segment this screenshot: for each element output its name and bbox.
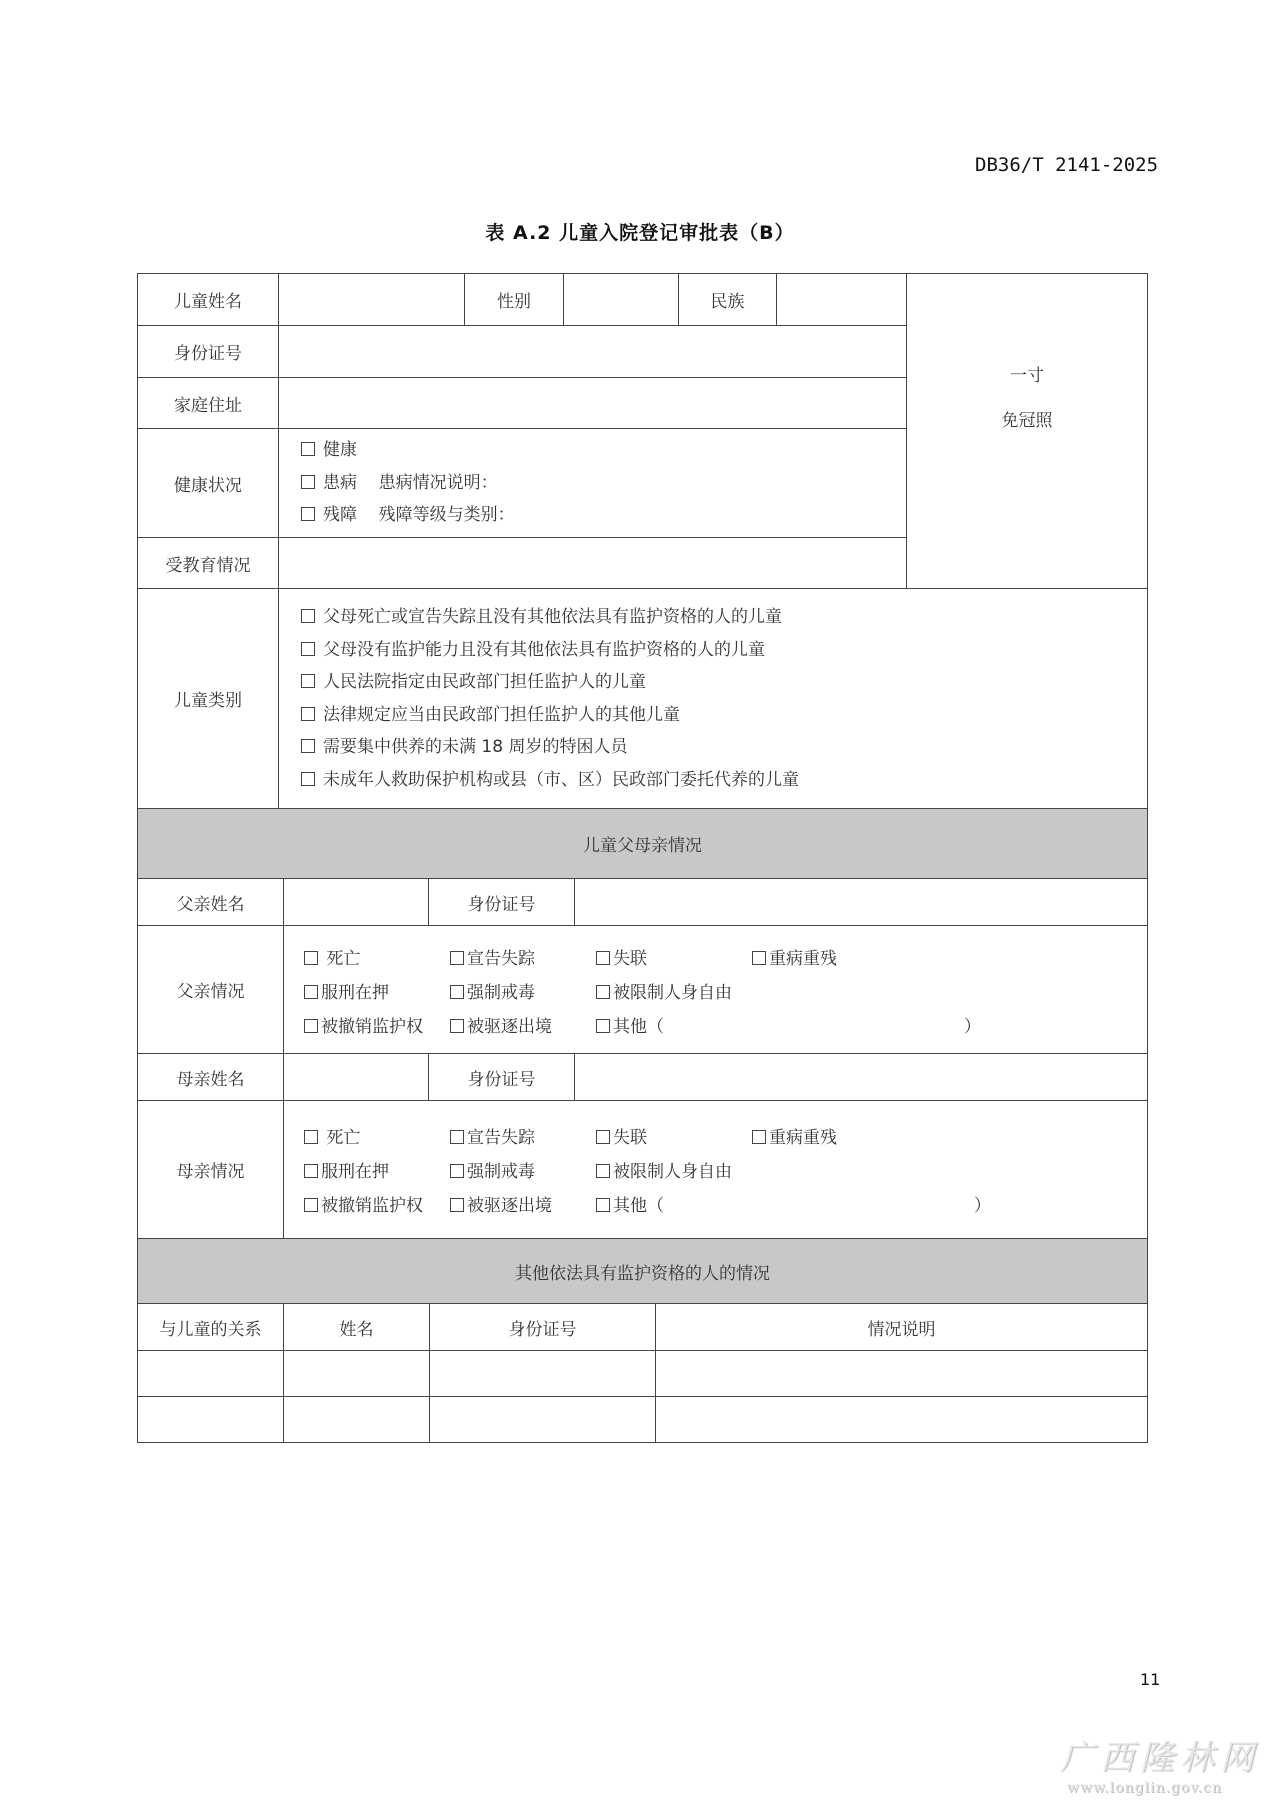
mother-other-close-paren: ） <box>974 1191 991 1216</box>
checkbox-icon[interactable] <box>304 1130 318 1144</box>
father-option-declared-missing[interactable]: 宣告失踪 <box>450 944 535 969</box>
father-id-field[interactable] <box>574 878 1148 926</box>
col-header-description: 情况说明 <box>655 1303 1148 1351</box>
health-options: 健康 患病 患病情况说明： 残障 残障等级与类别： <box>278 428 907 538</box>
checkbox-icon[interactable] <box>301 507 315 521</box>
page-number: 11 <box>1140 1670 1160 1689</box>
mother-option-deported[interactable]: 被驱逐出境 <box>450 1191 552 1216</box>
checkbox-icon[interactable] <box>304 1019 318 1033</box>
category-option[interactable]: 需要集中供养的未满 18 周岁的特困人员 <box>301 731 1147 764</box>
father-option-lost-contact[interactable]: 失联 <box>596 944 647 969</box>
checkbox-icon[interactable] <box>304 1198 318 1212</box>
guardian-id-field[interactable] <box>429 1350 656 1397</box>
col-header-relationship: 与儿童的关系 <box>137 1303 284 1351</box>
category-label: 儿童类别 <box>137 588 279 809</box>
mother-id-label: 身份证号 <box>428 1053 575 1101</box>
father-option-drug-rehab[interactable]: 强制戒毒 <box>450 978 535 1003</box>
checkbox-icon[interactable] <box>752 1130 766 1144</box>
guardian-description-field[interactable] <box>655 1350 1148 1397</box>
mother-option-custody-revoked[interactable]: 被撤销监护权 <box>304 1191 423 1216</box>
address-label: 家庭住址 <box>137 377 279 429</box>
checkbox-icon[interactable] <box>301 739 315 753</box>
checkbox-icon[interactable] <box>301 475 315 489</box>
mother-status-label: 母亲情况 <box>137 1100 284 1239</box>
mother-option-declared-missing[interactable]: 宣告失踪 <box>450 1123 535 1148</box>
checkbox-icon[interactable] <box>596 1198 610 1212</box>
checkbox-icon[interactable] <box>304 985 318 999</box>
mother-status-options: 死亡 宣告失踪 失联 重病重残 服刑在押 强制戒毒 被限制人身自由 被撤销监护权… <box>283 1100 1148 1239</box>
mother-option-drug-rehab[interactable]: 强制戒毒 <box>450 1157 535 1182</box>
father-status-label: 父亲情况 <box>137 925 284 1054</box>
checkbox-icon[interactable] <box>450 1164 464 1178</box>
father-name-field[interactable] <box>283 878 429 926</box>
mother-option-death[interactable]: 死亡 <box>304 1123 360 1148</box>
education-field[interactable] <box>278 537 907 589</box>
checkbox-icon[interactable] <box>301 609 315 623</box>
health-option-healthy[interactable]: 健康 <box>301 434 906 467</box>
guardian-description-field[interactable] <box>655 1396 1148 1443</box>
guardian-id-field[interactable] <box>429 1396 656 1443</box>
guardian-relationship-field[interactable] <box>137 1396 284 1443</box>
mother-id-field[interactable] <box>574 1053 1148 1101</box>
guardian-relationship-field[interactable] <box>137 1350 284 1397</box>
checkbox-icon[interactable] <box>450 951 464 965</box>
standard-code: DB36/T 2141-2025 <box>975 154 1158 176</box>
checkbox-icon[interactable] <box>752 951 766 965</box>
form-title: 表 A.2 儿童入院登记审批表（B） <box>0 218 1280 245</box>
category-options: 父母死亡或宣告失踪且没有其他依法具有监护资格的人的儿童 父母没有监护能力且没有其… <box>278 588 1148 809</box>
child-id-field[interactable] <box>278 325 907 378</box>
father-option-restricted-freedom[interactable]: 被限制人身自由 <box>596 978 732 1003</box>
father-option-deported[interactable]: 被驱逐出境 <box>450 1012 552 1037</box>
checkbox-icon[interactable] <box>450 985 464 999</box>
gender-field[interactable] <box>563 273 679 326</box>
checkbox-icon[interactable] <box>596 1164 610 1178</box>
checkbox-icon[interactable] <box>596 985 610 999</box>
father-name-label: 父亲姓名 <box>137 878 284 926</box>
checkbox-icon[interactable] <box>450 1019 464 1033</box>
health-option-ill[interactable]: 患病 患病情况说明： <box>301 467 906 500</box>
checkbox-icon[interactable] <box>596 1019 610 1033</box>
category-option[interactable]: 未成年人救助保护机构或县（市、区）民政部门委托代养的儿童 <box>301 764 1147 797</box>
photo-type-label: 免冠照 <box>1002 406 1053 431</box>
father-option-custody-revoked[interactable]: 被撤销监护权 <box>304 1012 423 1037</box>
parents-section-header: 儿童父母亲情况 <box>137 808 1148 879</box>
category-option[interactable]: 父母死亡或宣告失踪且没有其他依法具有监护资格的人的儿童 <box>301 601 1147 634</box>
guardian-name-field[interactable] <box>283 1396 430 1443</box>
health-label: 健康状况 <box>137 428 279 538</box>
checkbox-icon[interactable] <box>450 1198 464 1212</box>
checkbox-icon[interactable] <box>596 951 610 965</box>
address-field[interactable] <box>278 377 907 429</box>
child-name-field[interactable] <box>278 273 465 326</box>
photo-size-label: 一寸 <box>1010 361 1044 386</box>
ethnicity-label: 民族 <box>678 273 777 326</box>
watermark-url: www.longlin.gov.cn <box>1067 1780 1222 1796</box>
health-option-disabled[interactable]: 残障 残障等级与类别： <box>301 499 906 532</box>
child-name-label: 儿童姓名 <box>137 273 279 326</box>
checkbox-icon[interactable] <box>301 642 315 656</box>
mother-name-field[interactable] <box>283 1053 429 1101</box>
mother-option-restricted-freedom[interactable]: 被限制人身自由 <box>596 1157 732 1182</box>
father-option-serious-illness[interactable]: 重病重残 <box>752 944 837 969</box>
category-option[interactable]: 人民法院指定由民政部门担任监护人的儿童 <box>301 666 1147 699</box>
father-option-other[interactable]: 其他（ <box>596 1012 664 1037</box>
mother-option-other[interactable]: 其他（ <box>596 1191 664 1216</box>
checkbox-icon[interactable] <box>301 772 315 786</box>
checkbox-icon[interactable] <box>301 442 315 456</box>
gender-label: 性别 <box>464 273 564 326</box>
mother-option-lost-contact[interactable]: 失联 <box>596 1123 647 1148</box>
col-header-id: 身份证号 <box>429 1303 656 1351</box>
category-option[interactable]: 父母没有监护能力且没有其他依法具有监护资格的人的儿童 <box>301 634 1147 667</box>
category-option[interactable]: 法律规定应当由民政部门担任监护人的其他儿童 <box>301 699 1147 732</box>
guardians-section-header: 其他依法具有监护资格的人的情况 <box>137 1238 1148 1304</box>
father-option-imprisoned[interactable]: 服刑在押 <box>304 978 389 1003</box>
checkbox-icon[interactable] <box>301 707 315 721</box>
father-id-label: 身份证号 <box>428 878 575 926</box>
education-label: 受教育情况 <box>137 537 279 589</box>
col-header-name: 姓名 <box>283 1303 430 1351</box>
father-other-close-paren: ） <box>964 1012 981 1037</box>
mother-option-imprisoned[interactable]: 服刑在押 <box>304 1157 389 1182</box>
watermark-logo: 广西隆林网 <box>1060 1730 1260 1779</box>
child-id-label: 身份证号 <box>137 325 279 378</box>
photo-box[interactable]: 一寸 免冠照 <box>906 273 1148 589</box>
guardian-name-field[interactable] <box>283 1350 430 1397</box>
father-status-options: 死亡 宣告失踪 失联 重病重残 服刑在押 强制戒毒 被限制人身自由 被撤销监护权… <box>283 925 1148 1054</box>
mother-option-serious-illness[interactable]: 重病重残 <box>752 1123 837 1148</box>
mother-name-label: 母亲姓名 <box>137 1053 284 1101</box>
checkbox-icon[interactable] <box>596 1130 610 1144</box>
checkbox-icon[interactable] <box>450 1130 464 1144</box>
father-option-death[interactable]: 死亡 <box>304 944 360 969</box>
ethnicity-field[interactable] <box>776 273 907 326</box>
checkbox-icon[interactable] <box>304 1164 318 1178</box>
checkbox-icon[interactable] <box>304 951 318 965</box>
checkbox-icon[interactable] <box>301 674 315 688</box>
